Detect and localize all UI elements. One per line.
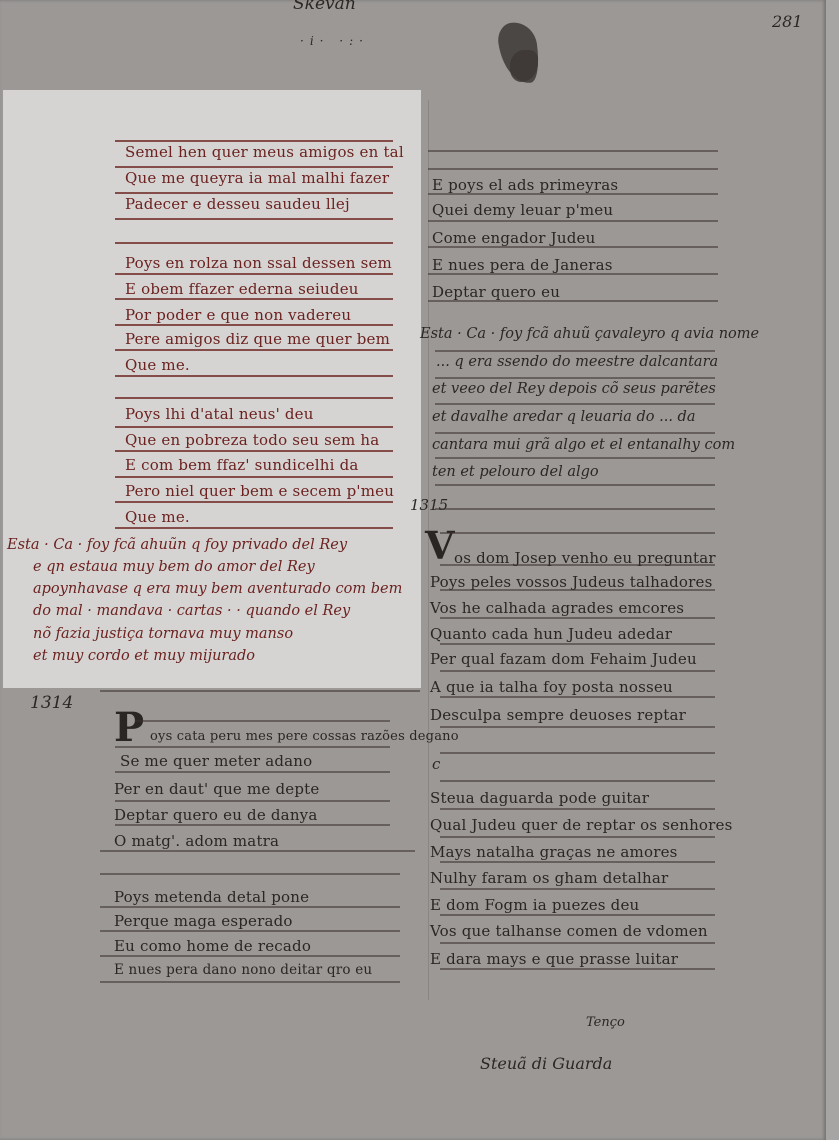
prose-note-line: apoynhavase q era muy bem aventurado com… (33, 581, 402, 597)
highlighted-region: Semel hen quer meus amigos en tal Que me… (3, 90, 421, 688)
verse-line: Pero niel quer bem e secem p'meu (125, 482, 394, 500)
verse-line: Steua daguarda pode guitar (430, 789, 649, 807)
verse-line: E obem ffazer ederna seiudeu (125, 280, 359, 298)
verse-line: Padecer e desseu saudeu llej (125, 195, 350, 213)
verse-line: Desculpa sempre deuoses reptar (430, 706, 686, 724)
verse-line: O matg'. adom matra (114, 832, 279, 850)
verse-line: E com bem ffaz' sundicelhi da (125, 456, 359, 474)
verse-line: Poys metenda detal pone (114, 888, 309, 906)
header-marks: ·i· ·:· (300, 34, 369, 48)
verse-line: Pere amigos diz que me quer bem (125, 330, 390, 348)
verse-line: Se me quer meter adano (120, 752, 312, 770)
prose-note-line: et davalhe aredar q leuaria do ... da (432, 409, 695, 425)
verse-line: Mays natalha graças ne amores (430, 843, 678, 861)
prose-note-line: ... q era ssendo do meestre dalcantara (436, 354, 718, 370)
verse-line: Per en daut' que me depte (114, 780, 319, 798)
year-note: 1314 (30, 693, 73, 713)
year-note: 1315 (410, 496, 448, 514)
verse-refrain: Que me. (125, 356, 190, 374)
header-scrawl: Skevan (293, 0, 356, 14)
margin-mark: c (432, 755, 440, 773)
attribution: Steuã di Guarda (480, 1054, 612, 1073)
verse-line: E nues pera dano nono deitar qro eu (114, 962, 372, 978)
verse-line: E dom Fogm ia puezes deu (430, 896, 639, 914)
verse-line: E poys el ads primeyras (432, 176, 618, 194)
verse-line: Por poder e que non vadereu (125, 306, 351, 324)
folio-number: 281 (772, 12, 803, 31)
verse-line: Semel hen quer meus amigos en tal (125, 143, 404, 161)
verse-line: E dara mays e que prasse luitar (430, 950, 678, 968)
genre-label: Tenço (586, 1015, 625, 1030)
prose-note-line: et veeo del Rey depois cõ seus parẽtes (432, 381, 716, 397)
prose-note-line: et muy cordo et muy mijurado (33, 648, 255, 664)
verse-line: Perque maga esperado (114, 912, 293, 930)
verse-line: E nues pera de Janeras (432, 256, 613, 274)
verse-line: Nulhy faram os gham detalhar (430, 869, 668, 887)
verse-refrain: Que me. (125, 508, 190, 526)
prose-note-line: cantara mui grã algo et el entanalhy com (432, 437, 735, 453)
prose-note-line: Esta · Ca · foy fcã ahuũn q foy privado … (7, 537, 347, 553)
prose-note-line: e qn estaua muy bem do amor del Rey (33, 559, 315, 575)
verse-line: Deptar quero eu de danya (114, 806, 318, 824)
verse-line: A que ia talha foy posta nosseu (430, 678, 673, 696)
verse-line: Vos que talhanse comen de vdomen (430, 922, 708, 940)
verse-line: Come engador Judeu (432, 229, 595, 247)
prose-note-line: nõ fazia justiça tornava muy manso (33, 626, 293, 642)
verse-line: Poys en rolza non ssal dessen sem (125, 254, 392, 272)
verse-line: Vos he calhada agrades emcores (430, 599, 684, 617)
verse-line: Qual Judeu quer de reptar os senhores (430, 816, 733, 834)
manuscript-page: Skevan ·i· ·:· 281 Semel hen quer meus a… (0, 0, 826, 1140)
verse-line: Quei demy leuar p'meu (432, 201, 613, 219)
prose-note-line: Esta · Ca · foy fcã ahuũ çavaleyro q avi… (420, 326, 759, 342)
verse-line: Poys lhi d'atal neus' deu (125, 405, 314, 423)
decorated-initial: P (114, 708, 144, 748)
verse-line: Deptar quero eu (432, 283, 560, 301)
verse-line: Per qual fazam dom Fehaim Judeu (430, 650, 697, 668)
prose-note-line: do mal · mandava · cartas · · quando el … (33, 603, 350, 619)
verse-line: Eu como home de recado (114, 937, 311, 955)
page-edge (826, 0, 839, 1140)
verse-line: Quanto cada hun Judeu adedar (430, 625, 672, 643)
verse-line: Que en pobreza todo seu sem ha (125, 431, 379, 449)
prose-note-line: ten et pelouro del algo (432, 464, 599, 480)
verse-line: Que me queyra ia mal malhi fazer (125, 169, 389, 187)
verse-line: oys cata peru mes pere cossas razões deg… (150, 729, 459, 744)
